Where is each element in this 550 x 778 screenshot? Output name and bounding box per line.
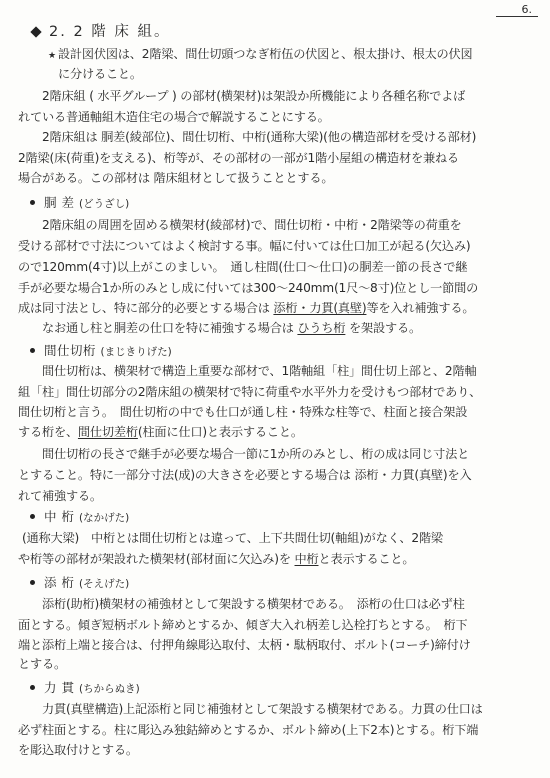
body-line: 必ず柱面とする。柱に彫込み独鈷締めとするか、ボルト締め(上下2本)とする。桁下端 [18,722,478,738]
design-note-cont: に分けること。 [58,66,142,82]
design-note: ★設計図伏図は、2階梁、間仕切頭つなぎ桁伍の伏図と、根太掛け、根太の伏図 [48,46,473,64]
section-title: 2. 2 階 床 組。 [30,24,171,40]
bullet-icon [30,514,35,519]
body-line: とする。 [18,656,66,672]
heading-nakageta: 中 桁 (なかげた) [30,509,129,526]
body-line: する桁を、間仕切差桁(柱面に仕口)と表示すること。 [18,424,303,440]
heading-soegeta: 添 桁 (そえげた) [30,575,129,592]
heading-majikirigeta: 間仕切桁 (まじきりげた) [30,343,172,360]
underlined-term: 中桁 [295,552,319,566]
body-line: 手が必要な場合1か所のみとし成に付いては300～240mm(1尺～8寸)位とし一… [18,280,478,296]
body-line: 成は同寸法とし、特に部分的必要とする場合は 添桁・力貫(真壁)等を入れ補強する。 [18,300,474,316]
body-line: ので120mm(4寸)以上がこのましい。 通し柱間(仕口～仕口)の胴差一節の長さ… [18,259,467,275]
page-number: 6. [496,4,538,17]
body-line: 添桁(助桁)横架材の補強材として架設する横架材である。 添桁の仕口は必ず柱 [42,596,465,612]
bullet-icon [30,348,35,353]
bullet-icon [30,685,35,690]
body-line: 面とする。傾ぎ短柄ボルト締めとするか、傾ぎ大入れ柄差し込栓打ちとする。 桁下 [18,617,467,633]
heading-chikaranuki: 力 貫 (ちからぬき) [30,680,140,697]
diamond-bullet-icon [30,26,41,37]
body-line: や桁等の部材が架設れた横架材(部材面に欠込み)を 中桁と表示すること。 [18,551,414,567]
body-line: 間仕切桁と言う。 間仕切桁の中でも仕口が通し柱・特殊な柱等で、柱面と接合架設 [18,404,467,420]
body-line: を彫込取付けとする。 [18,742,138,758]
body-line: 間仕切桁の長さで継手が必要な場合一節に1か所のみとし、桁の成は同じ寸法と [42,446,469,462]
intro-line: 2階床組 ( 水平グループ ) の部材(横架材)は架設か所機能により各種名称でよ… [42,88,465,104]
bullet-icon [30,580,35,585]
body-line: (通称大梁) 中桁とは間仕切桁とは違って、上下共間仕切(軸組)がなく、2階梁 [22,530,443,546]
bullet-icon [30,200,35,205]
intro-line: 2階梁(床(荷重)を支える)、桁等が、その部材の一部が1階小屋組の構造材を兼ねる [18,150,459,166]
intro-line: 2階床組は 胴差(綾部位)、間仕切桁、中桁(通称大梁)(他の構造部材を受ける部材… [42,129,476,145]
body-line: 間仕切桁は、横架材で構造上重要な部材で、1階軸組「柱」間仕切上部と、2階軸 [42,363,476,379]
underlined-term: 添桁・力貫(真壁) [273,301,366,315]
intro-line: れている普通軸組木造住宅の場合で解説することにする。 [18,109,330,125]
body-line: 端と添桁上端と接合は、付押角線彫込取付、太柄・駄柄取付、ボルト(コーチ)締付け [18,637,471,653]
underlined-term: 間仕切差桁 [78,425,138,439]
underlined-term: ひうち桁 [297,321,345,335]
star-bullet-icon: ★ [48,51,56,61]
body-line: とすること。特に一部分寸法(成)の大きさを必要とする場合は 添桁・力貫(真壁)を… [18,467,471,483]
body-line: 力貫(真壁構造)上記添桁と同じ補強材として架設する横架材である。力貫の仕口は [42,701,483,717]
body-line: 2階床組の周囲を固める横架材(綾部材)で、間仕切桁・中桁・2階梁等の荷重を [42,217,462,233]
body-line: れて補強する。 [18,488,102,504]
intro-line: 場合がある。この部材は 階床組材として扱うこととする。 [18,170,333,186]
heading-dousashi: 胴 差 (どうざし) [30,195,129,212]
body-line: なお通し柱と胴差の仕口を特に補強する場合は ひうち桁 を架設する。 [42,320,421,336]
body-line: 受ける部材で寸法についてはよく検討する事。幅に付いては仕口加工が起る(欠込み) [18,238,470,254]
body-line: 組「柱」間仕切部分の2階床組の横架材で特に荷重や水平外力を受けもつ部材であり、 [18,384,481,400]
